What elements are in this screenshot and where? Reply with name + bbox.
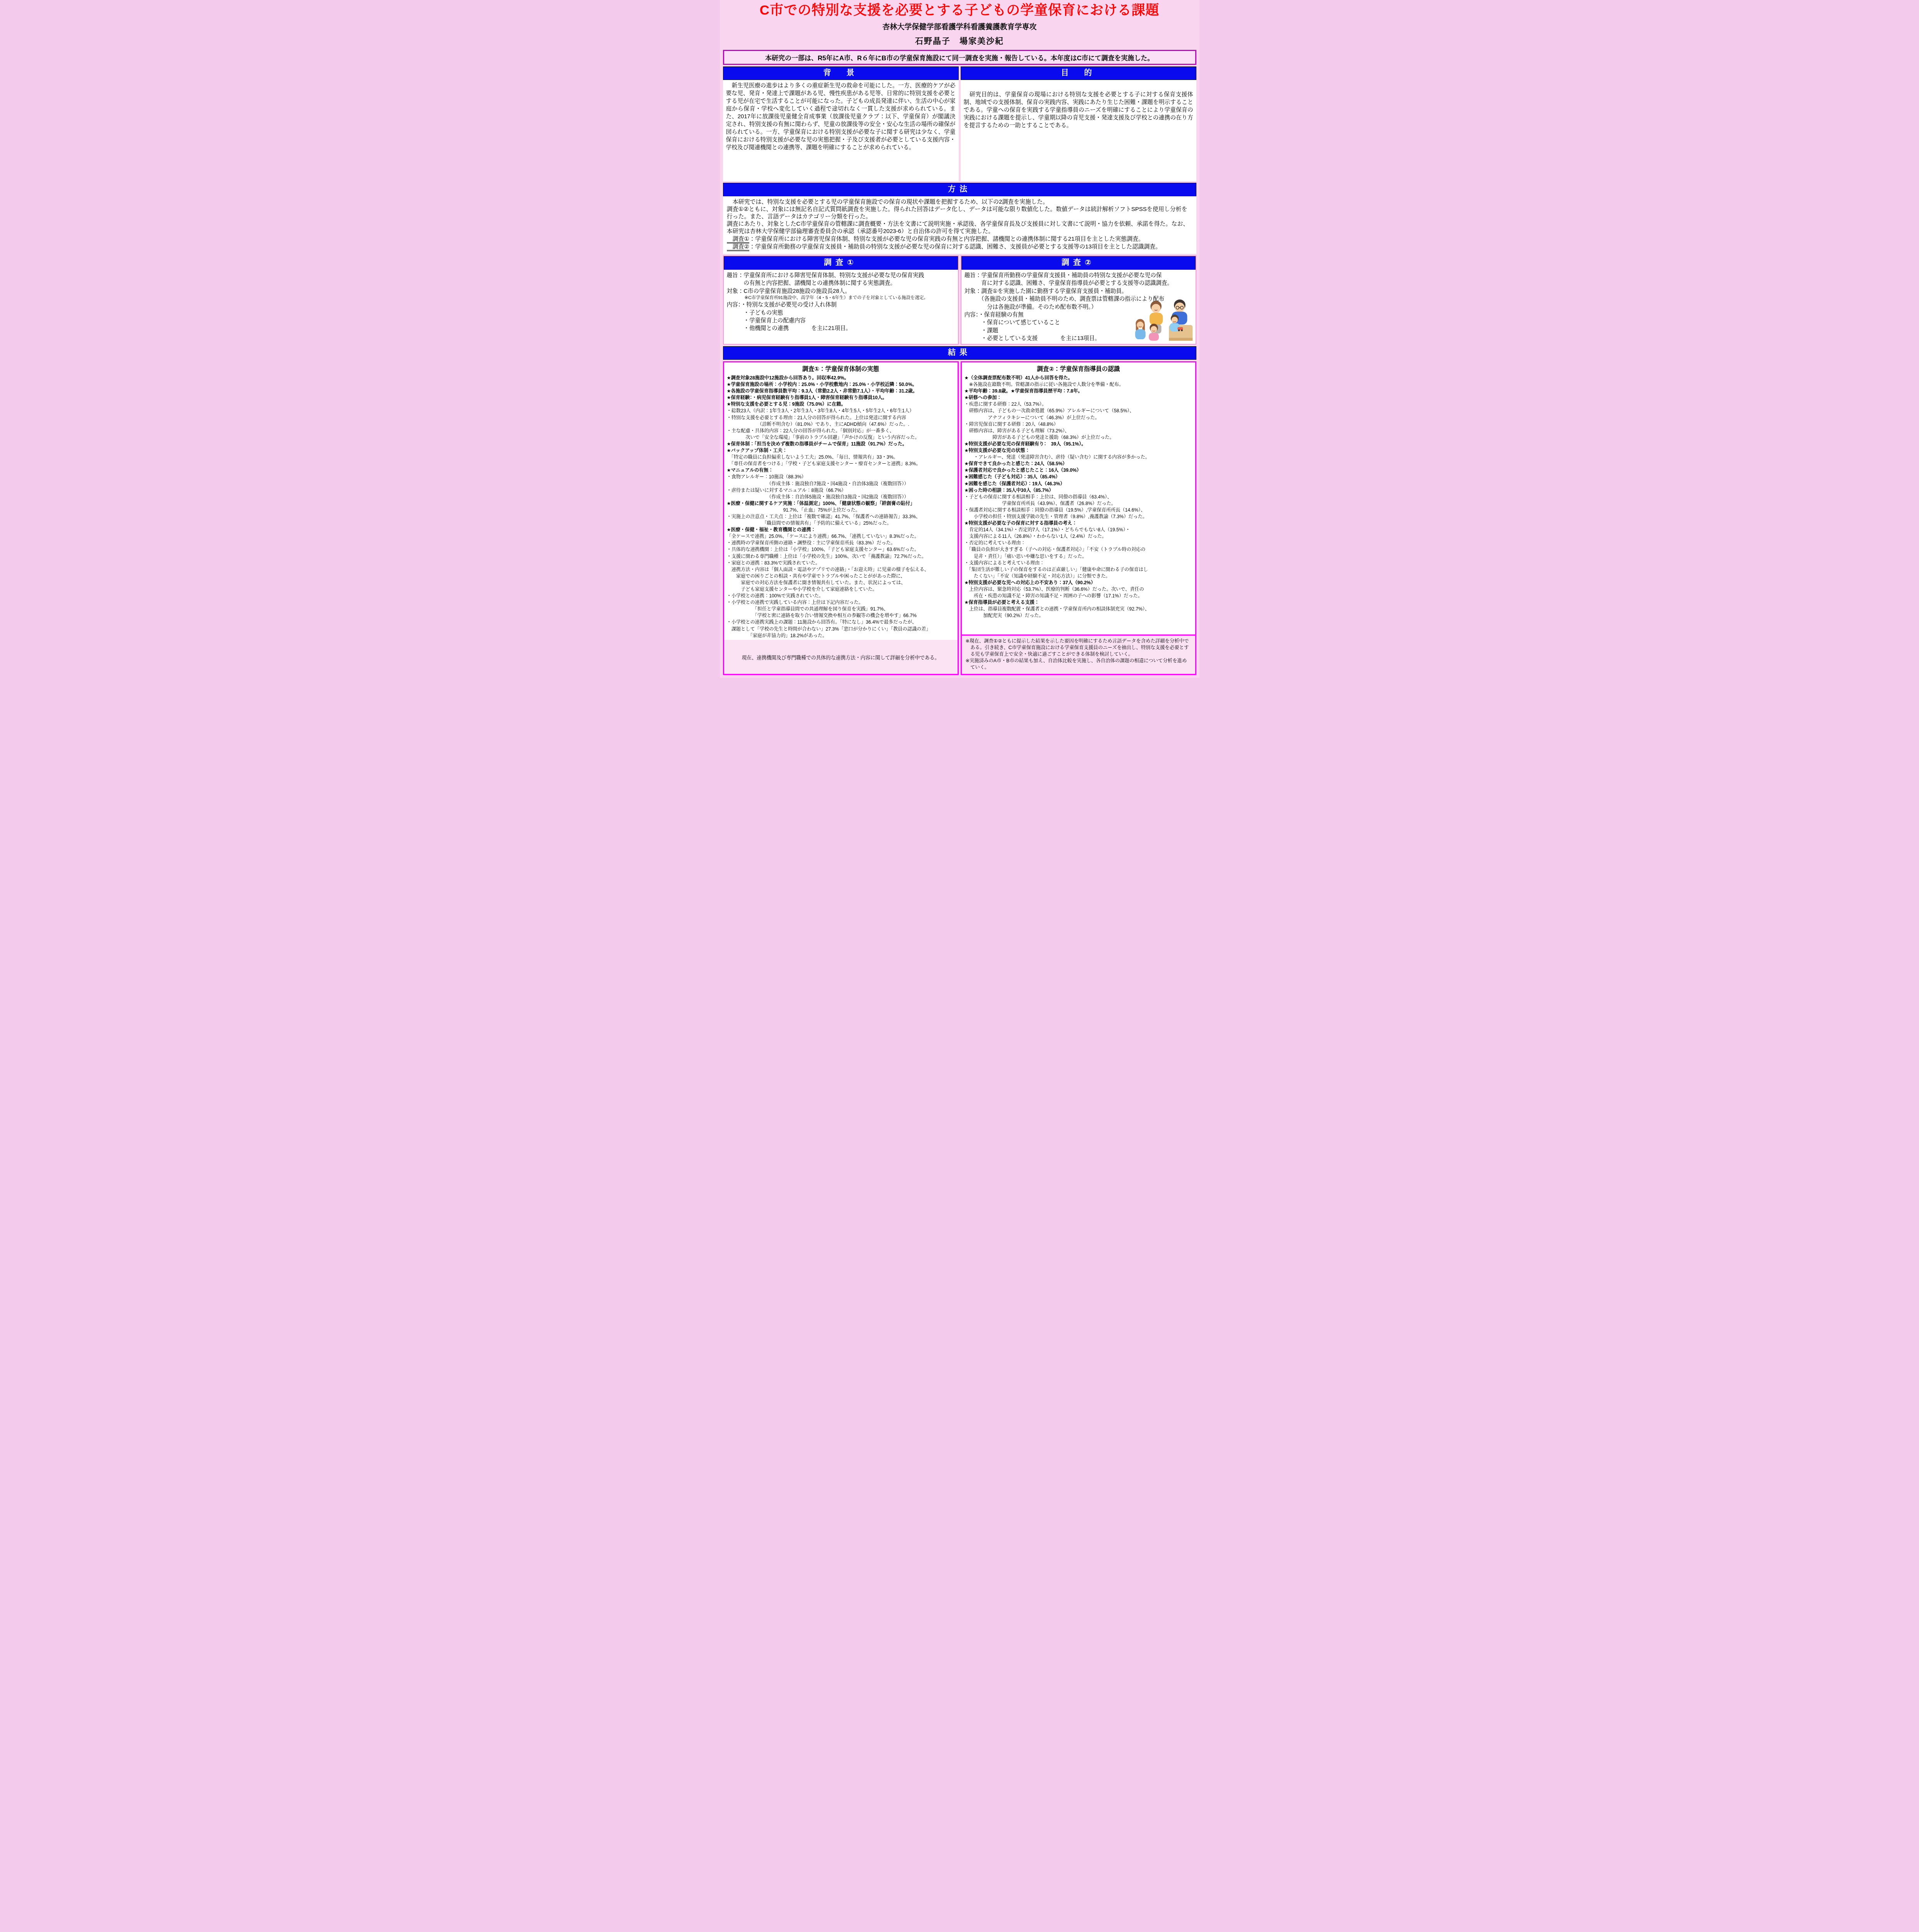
results-survey1-note: 現在、連携機関及び専門職種での具体的な連携方法・内容に関して詳細を分析中である。 (724, 640, 958, 674)
survey2-definition: 調査②：学童保育所勤務の学童保育支援員・補助員の特別な支援が必要な児の保育に対す… (727, 243, 1193, 250)
survey1-definition-label: 調査① (727, 236, 749, 243)
background-heading: 背 景 (723, 66, 959, 80)
survey2-section: 調査② 趣旨：学童保育所勤務の学童保育支援員・補助員の特別な支援が必要な児の保 … (961, 255, 1196, 345)
survey1-heading: 調査① (724, 256, 958, 270)
prior-study-note: 本研究の一部は、R5年にA市、R６年にB市の学童保育施設にて同一調査を実施・報告… (723, 50, 1196, 65)
survey1-definition-text: ：学童保育所における障害児保育体制、特別な支援が必要な児の保育実践の有無と内容把… (749, 236, 1144, 242)
purpose-heading: 目 的 (961, 66, 1196, 80)
methods-paragraphs: 本研究では、特別な支援を必要とする児の学童保育施設での保育の現状や課題を把握する… (727, 198, 1193, 235)
survey2-definition-text: ：学童保育所勤務の学童保育支援員・補助員の特別な支援が必要な児の保育に対する認識… (749, 243, 1161, 250)
authors: 石野晶子 場家美沙紀 (723, 35, 1196, 46)
results-survey1-title: 調査①：学童保育体制の実態 (724, 362, 958, 374)
results-heading: 結果 (723, 346, 1196, 360)
methods-section: 方法 本研究では、特別な支援を必要とする児の学童保育施設での保育の現状や課題を把… (723, 183, 1196, 254)
survey1-definition: 調査①：学童保育所における障害児保育体制、特別な支援が必要な児の保育実践の有無と… (727, 235, 1193, 243)
survey1-body: 趣旨：学童保育所における障害児保育体制、特別な支援が必要な児の保育実践 の有無と… (724, 270, 958, 344)
results-survey2-column: 調査②：学童保育指導員の認識 ★（全体調査票配布数不明）41人から回答を得た。 … (961, 361, 1196, 675)
family-illustration (1133, 296, 1194, 343)
results-section: 結果 調査①：学童保育体制の実態 ★調査対象28施設中12施設から回答あり。回収… (723, 346, 1196, 675)
survey1-section: 調査① 趣旨：学童保育所における障害児保育体制、特別な支援が必要な児の保育実践 … (723, 255, 959, 345)
results-survey2-title: 調査②：学童保育指導員の認識 (962, 362, 1195, 374)
methods-body: 本研究では、特別な支援を必要とする児の学童保育施設での保育の現状や課題を把握する… (723, 196, 1196, 254)
background-purpose-row: 背 景 新生児医療の進歩はより多くの重症新生児の救命を可能にした。一方、医療的ケ… (723, 66, 1196, 181)
purpose-body: 研究目的は、学童保育の現場における特別な支援を必要とする子に対する保育支援体制、… (961, 80, 1196, 181)
results-survey1-column: 調査①：学童保育体制の実態 ★調査対象28施設中12施設から回答あり。回収率42… (723, 361, 959, 675)
surveys-row: 調査① 趣旨：学童保育所における障害児保育体制、特別な支援が必要な児の保育実践 … (723, 255, 1196, 345)
background-section: 背 景 新生児医療の進歩はより多くの重症新生児の救命を可能にした。一方、医療的ケ… (723, 66, 959, 181)
background-body: 新生児医療の進歩はより多くの重症新生児の救命を可能にした。一方、医療的ケアが必要… (723, 80, 959, 181)
results-columns: 調査①：学童保育体制の実態 ★調査対象28施設中12施設から回答あり。回収率42… (723, 361, 1196, 675)
survey2-body: 趣旨：学童保育所勤務の学童保育支援員・補助員の特別な支援が必要な児の保 育に対す… (961, 270, 1196, 344)
survey2-heading: 調査② (961, 256, 1196, 270)
poster-page: C市での特別な支援を必要とする子どもの学童保育における課題 杏林大学保健学部看護… (720, 0, 1199, 678)
survey2-definition-label: 調査② (727, 243, 749, 251)
affiliation: 杏林大学保健学部看護学科看護養護教育学専攻 (723, 21, 1196, 32)
poster-title: C市での特別な支援を必要とする子どもの学童保育における課題 (723, 2, 1196, 19)
results-survey2-lines: ★（全体調査票配布数不明）41人から回答を得た。 ※各施設在籍数不明。管轄課の指… (962, 374, 1195, 619)
purpose-section: 目 的 研究目的は、学童保育の現場における特別な支援を必要とする子に対する保育支… (961, 66, 1196, 181)
results-survey2-notes: ※現在、調査①②ともに提示した結果を示した要因を明確にするため言語データを含めた… (962, 634, 1195, 674)
results-survey1-lines: ★調査対象28施設中12施設から回答あり。回収率42.9%。★学童保育施設の場所… (724, 374, 958, 639)
methods-heading: 方法 (723, 183, 1196, 196)
